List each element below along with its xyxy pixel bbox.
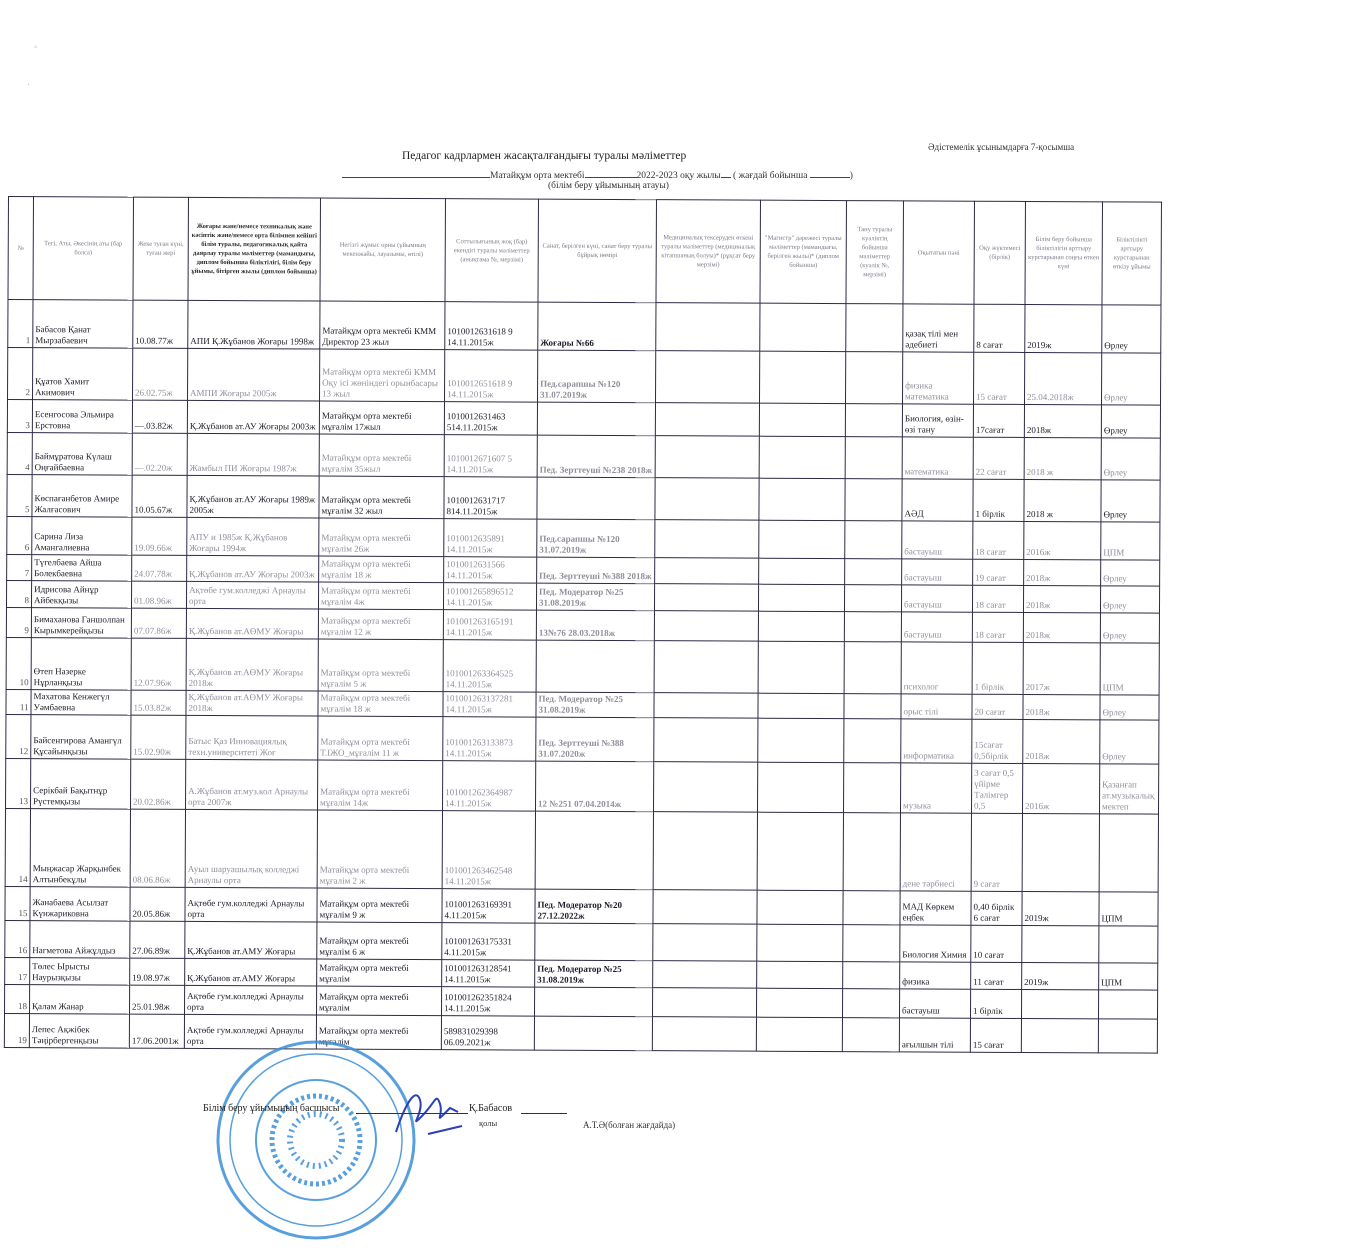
cell-subject: АӘД (902, 479, 973, 521)
cell-record: 1010012651618 9 14.11.2015ж (445, 350, 538, 402)
cell-work: Матайқұм орта мектебі мұғалім 17жыл (319, 401, 444, 435)
blank-line (721, 168, 731, 178)
cell-record: 101001262364987 14.11.2015ж (443, 761, 536, 811)
director-name: Қ.Бабасов (469, 1103, 512, 1114)
cell-load: 8 сағат (974, 304, 1025, 352)
cell-birth: 15.02.90ж (131, 715, 186, 759)
cell-course-org (1098, 1019, 1157, 1053)
cell-medical (652, 988, 756, 1018)
cell-work: Матайқұм орта мектебі Т.ІЖО_мұғалім 11 ж (318, 716, 443, 761)
cell-subject: психолог (901, 642, 972, 694)
cell-name: Бимаханова Ганшолпан Кырымкерейқызы (31, 608, 131, 638)
cell-subject: музыка (900, 763, 971, 813)
cell-n: 15 (5, 886, 30, 920)
cell-n: 4 (7, 432, 32, 474)
cell-n: 13 (6, 758, 31, 808)
column-header: № (8, 197, 34, 300)
cell-category (537, 477, 655, 520)
cell-edu: А.Жұбанов ат.муз.кол Арнаулы орта 2007ж (186, 759, 318, 810)
cell-work: Матайқұм орта мектебі КММ Директор 23 жы… (320, 301, 445, 350)
cell-subject: бастауыш (901, 585, 972, 612)
cell-subject: ағылшын тілі (899, 1018, 970, 1052)
column-header: Тану туралы куәліктің бойынша мәліметтер… (846, 201, 904, 304)
cell-medical (655, 478, 759, 521)
cell-master (760, 303, 846, 351)
cell-recog (845, 404, 902, 437)
cell-category: Пед. Модератор №20 27.12.2022ж (535, 889, 653, 924)
cell-course-org: Өрлеу (1100, 695, 1159, 720)
cell-edu: АМПИ Жоғары 2005ж (188, 348, 320, 401)
cell-medical (655, 403, 759, 437)
case-text: ( жағдай бойынша (733, 171, 807, 181)
cell-medical (653, 812, 757, 891)
column-header: Оқу жүктемесі (бірлік) (974, 201, 1026, 304)
cell-medical (652, 1017, 756, 1052)
cell-medical (655, 436, 759, 479)
column-header: Оқытатын пәні (903, 201, 975, 304)
cell-work: Матайқұм орта мектебі мұғалім 2 ж (317, 810, 442, 889)
cell-course-date: 2018ж (1023, 719, 1100, 763)
cell-edu: АПИ Қ.Жұбанов Жоғары 1998ж (188, 300, 320, 349)
cell-birth: 26.02.75ж (133, 348, 188, 400)
cell-n: 16 (5, 920, 30, 957)
cell-course-org: Өрлеу (1101, 438, 1160, 480)
cell-record: 101001263462548 14.11.2015ж (442, 811, 535, 889)
cell-recog (843, 763, 900, 813)
cell-load: 15сағат 0,5бірлік (972, 719, 1023, 763)
cell-subject: қазақ тілі мен әдебиеті (903, 304, 974, 352)
cell-master (757, 812, 843, 890)
page-title: Педагог кадрлармен жасақталғандығы турал… (402, 150, 686, 162)
cell-birth: —.02.20ж (132, 433, 187, 475)
cell-birth: 27.06.89ж (130, 921, 185, 958)
cell-category (534, 987, 652, 1017)
official-stamp-icon (198, 1040, 438, 1250)
cell-n: 14 (5, 808, 30, 886)
cell-work: Матайқұм орта мектебі мұғалім (317, 959, 442, 987)
cell-record: 101001263133873 14.11.2015ж (443, 717, 536, 761)
cell-course-org: Өрлеу (1101, 560, 1160, 586)
cell-course-date: 2018ж (1023, 694, 1100, 719)
cell-birth: 24.07.78ж (132, 555, 187, 581)
cell-course-org (1099, 814, 1158, 892)
cell-name: Нагметова Айжұлдыз (30, 921, 130, 958)
table-row: 4Баймұратова Күлаш Оңғайбаевна—.02.20жЖа… (7, 432, 1160, 480)
column-header: Санат, берілген күні, санат беру туралы … (538, 199, 657, 303)
column-header: Жоғары және/немесе техникалық және кәсіп… (188, 197, 321, 301)
cell-subject: физика математика (902, 352, 973, 404)
cell-record: 101001265896512 14.11.2015ж (443, 583, 536, 610)
cell-birth: 10.08.77ж (133, 300, 188, 348)
cell-load: 18 сағат (972, 612, 1023, 642)
cell-recog (844, 642, 901, 694)
cell-medical (653, 961, 757, 989)
cell-subject: орыс тілі (901, 694, 972, 719)
cell-course-org: ЦПМ (1099, 963, 1158, 990)
cell-name: Байсенгирова Амангүл Құсайынқызы (31, 715, 131, 759)
cell-record: 1010012631618 9 14.11.2015ж (445, 302, 538, 350)
cell-birth: 19.08.97ж (130, 958, 185, 985)
cell-course-date: 2016ж (1024, 521, 1101, 559)
cell-medical (653, 890, 757, 925)
cell-edu: Ақтөбе гум.колледжі Арнаулы орта (185, 985, 317, 1015)
table-body: 1Бабасов Қанат Мырзабаевич10.08.77жАПИ Қ… (4, 300, 1161, 1054)
cell-birth: 19.09.66ж (132, 517, 187, 555)
cell-record: 1010012631463 514.11.2015ж (444, 402, 537, 435)
blank-line (585, 168, 637, 178)
cell-load: 22 сағат (973, 437, 1024, 479)
cell-birth: 25.01.98ж (130, 985, 185, 1014)
cell-master (759, 478, 845, 520)
cell-subject: Биология, өзін-өзі тану (902, 404, 973, 437)
cell-master (758, 641, 844, 693)
cell-load: 17сағат (973, 404, 1024, 437)
blank-line (810, 168, 850, 178)
cell-work: Матайқұм орта мектебі мұғалім 32 жыл (319, 476, 444, 519)
cell-record: 101001263165191 14.11.2015ж (443, 610, 536, 640)
cell-category (535, 923, 653, 961)
cell-recog (845, 437, 902, 479)
cell-n: 2 (8, 348, 33, 400)
cell-name: Махатова Кенжегүл Уәмбаевна (31, 690, 131, 715)
cell-recog (844, 719, 901, 763)
cell-master (756, 988, 842, 1017)
cell-record: 101001263169391 4.11.2015ж (442, 889, 535, 923)
cell-subject: Биология Химия (900, 925, 971, 962)
cell-name: Серікбай Бақытнұр Рүстемқызы (31, 759, 131, 809)
cell-course-org: ЦПМ (1101, 522, 1160, 560)
cell-record: 1010012671607 5 14.11.2015ж (444, 435, 537, 477)
cell-n: 17 (5, 957, 30, 984)
cell-birth: 10.05.67ж (132, 475, 187, 517)
cell-category: Пед. Зерттеуші №238 2018ж (537, 435, 655, 478)
cell-medical (654, 611, 758, 642)
cell-course-date (1021, 989, 1098, 1018)
cell-category: Жоғары №66 (538, 302, 656, 351)
column-header: Жеке туған күні, туған жері (133, 197, 189, 300)
cell-recog (842, 989, 899, 1018)
cell-record: 101001263364525 14.11.2015ж (443, 640, 536, 692)
cell-record: 101001263175331 4.11.2015ж (442, 923, 535, 960)
cell-name: Қалам Жанар (30, 985, 130, 1014)
cell-medical (654, 693, 758, 719)
cell-course-date: 2018 ж (1024, 437, 1101, 479)
cell-n: 6 (7, 516, 32, 554)
cell-work: Матайқұм орта мектебі мұғалім 9 ж (317, 888, 442, 923)
cell-load: 20 сағат (972, 694, 1023, 719)
cell-master (757, 924, 843, 961)
cell-category (534, 1016, 652, 1051)
cell-work: Матайқұм орта мектебі мұғалім 5 ж (318, 639, 443, 692)
cell-master (759, 351, 845, 403)
cell-recog (845, 479, 902, 521)
column-header: Медициналық тексеруден өткені туралы мәл… (656, 200, 761, 304)
cell-name: Түгелбаева Айша Болекбаевна (32, 555, 132, 581)
cell-work: Матайқұм орта мектебі мұғалім 4ж (318, 582, 443, 610)
cell-work: Матайқұм орта мектебі мұғалім (317, 986, 442, 1016)
cell-n: 18 (5, 984, 30, 1013)
cell-name: Мыңжасар Жарқынбек Алтынбекұлы (30, 809, 130, 887)
cell-course-date: 2019ж (1022, 962, 1099, 989)
cell-birth: 08.06.86ж (130, 809, 185, 887)
cell-master (756, 1017, 842, 1051)
cell-course-org: Өрлеу (1102, 305, 1161, 353)
cell-record: 101001263128541 14.11.2015ж (442, 960, 535, 987)
cell-edu: Қ.Жұбанов ат.АМУ Жоғары (185, 921, 317, 959)
cell-n: 3 (7, 400, 32, 433)
cell-master (758, 718, 844, 762)
cell-medical (656, 303, 760, 352)
column-header: Тегі, Аты, Әкесінің аты (бар болса) (33, 197, 134, 300)
cell-master (759, 520, 845, 558)
table-row: 6Сарина Лиза Амангалиевна19.09.66жАПУ и … (7, 516, 1160, 560)
table-row: 1Бабасов Қанат Мырзабаевич10.08.77жАПИ Қ… (8, 300, 1161, 354)
cell-medical (654, 584, 758, 612)
cell-birth: 07.07.86ж (131, 608, 186, 638)
cell-subject: бастауыш (899, 989, 970, 1018)
cell-medical (654, 641, 758, 694)
cell-load: 9 сағат (971, 813, 1022, 891)
cell-subject: математика (902, 437, 973, 479)
cell-n: 11 (6, 689, 31, 714)
cell-record: 1010012635891 14.11.2015ж (444, 519, 537, 557)
cell-work: Матайқұм орта мектебі мұғалім 12 ж (318, 609, 443, 640)
cell-edu: Қ.Жұбанов ат.АУ Жоғары 1989ж 2005ж (187, 475, 319, 518)
cell-course-date (1022, 813, 1099, 891)
table-row: 3Есенгосова Эльмира Ерстовна—.03.82жҚ.Жұ… (7, 400, 1160, 439)
cell-load: 15 сағат (973, 352, 1024, 404)
cell-category: 13№76 28.03.2018ж (536, 610, 654, 641)
cell-medical (655, 351, 759, 404)
column-header: Білім беру бойынша біліктілігін арттыру … (1025, 201, 1103, 304)
org-name-note: (білім беру ұйымының атауы) (548, 181, 669, 191)
cell-category: 12 №251 07.04.2014ж (536, 761, 654, 812)
cell-category: Пед. Модератор №25 31.08.2019ж (535, 960, 653, 988)
cell-name: Лепес Ақжібек Тәңірбергенқызы (29, 1014, 129, 1048)
cell-edu: Батыс Қаз Инновациялық техн.университеті… (186, 715, 318, 760)
cell-birth: —.03.82ж (132, 400, 187, 433)
cell-course-date (1022, 925, 1099, 962)
cell-course-date: 2017ж (1023, 642, 1100, 694)
cell-master (758, 584, 844, 611)
cell-recog (844, 612, 901, 642)
cell-category: Пед.сарапшы №120 31.07.2019ж (537, 350, 655, 403)
cell-course-date: 2018ж (1024, 559, 1101, 585)
cell-master (757, 890, 843, 924)
cell-course-org: ЦПМ (1100, 643, 1159, 695)
cell-load: 1 бірлік (970, 989, 1021, 1018)
cell-work: Матайқұм орта мектебі мұғалім 18 ж (318, 691, 443, 717)
cell-work: Матайқұм орта мектебі КММ Оқу ісі жөнінд… (320, 349, 445, 402)
cell-subject: бастауыш (901, 612, 972, 642)
table-row: 15Жанабаева Асылзат Күнжариковна20.05.86… (5, 886, 1158, 926)
cell-recog (843, 925, 900, 962)
signature-line (356, 1113, 468, 1114)
cell-category: Пед. Зерттеуші №388 2018ж (537, 557, 655, 584)
cell-course-org (1099, 926, 1158, 963)
cell-category: Пед.сарапшы №120 31.07.2019ж (537, 519, 655, 558)
cell-record: 101001263137281 14.11.2015ж (443, 692, 536, 717)
cell-recog (842, 1018, 899, 1052)
school-name: Матайқұм орта мектебі (490, 171, 585, 181)
table-row: 19Лепес Ақжібек Тәңірбергенқызы17.06.200… (4, 1013, 1157, 1053)
cell-name: Көспағанбетов Амире Жалғасович (32, 475, 132, 517)
cell-course-date: 2018ж (1023, 585, 1100, 612)
cell-n: 5 (7, 474, 32, 516)
name-caption: А.Т.Ә(болған жағдайда) (583, 1120, 675, 1130)
column-header: Соттылығының жоқ (бар) екендігі туралы м… (445, 199, 539, 302)
cell-master (758, 693, 844, 718)
cell-load: 18 сағат (973, 521, 1024, 559)
cell-subject: МАД Көркем еңбек (900, 891, 971, 925)
cell-recog (843, 891, 900, 925)
cell-master (758, 611, 844, 641)
cell-load: 10 сағат (971, 925, 1022, 962)
cell-category: Пед. Модератор №25 31.08.2019ж (536, 692, 654, 718)
cell-recog (845, 352, 902, 404)
cell-course-org: Өрлеу (1101, 405, 1160, 438)
cell-work: Матайқұм орта мектебі мұғалім 26ж (319, 518, 444, 557)
cell-name: Құатов Хамит Акимович (33, 348, 133, 400)
cell-medical (654, 718, 758, 763)
cell-record: 101001262351824 14.11.2015ж (441, 987, 534, 1016)
cell-load: 3 сағат 0,5 үйірме Тәлімгер 0,5 (971, 763, 1022, 813)
cell-record: 1010012631566 14.11.2015ж (444, 557, 537, 583)
cell-name: Бабасов Қанат Мырзабаевич (33, 300, 133, 348)
cell-edu: Қ.Жұбанов ат.АӨМУ Жоғары 2018ж (186, 638, 318, 691)
cell-medical (655, 558, 759, 585)
cell-master (759, 558, 845, 584)
cell-category (535, 811, 653, 890)
cell-name: Идрисова Айнұр Айбекқызы (31, 581, 131, 608)
cell-n: 10 (6, 637, 31, 689)
cell-category (537, 402, 655, 436)
cell-course-org: Өрлеу (1101, 480, 1160, 522)
cell-category (536, 640, 654, 693)
cell-course-date (1021, 1018, 1098, 1052)
cell-recog (844, 694, 901, 719)
cell-medical (653, 762, 757, 813)
cell-edu: Қ.Жұбанов ат.АУ Жоғары 2003ж (187, 400, 319, 434)
cell-subject: бастауыш (902, 559, 973, 585)
cell-load: 18 сағат (972, 585, 1023, 612)
cell-master (757, 961, 843, 988)
cell-name: Өтеп Назерке Нұрланқызы (31, 638, 131, 690)
scan-speck: ◦ (34, 42, 38, 53)
cell-record: 589831029398 06.09.2021ж (441, 1016, 534, 1050)
cell-birth: 17.06.2001ж (129, 1014, 184, 1048)
cell-load: 1 бірлік (972, 642, 1023, 694)
cell-n: 9 (6, 607, 31, 637)
cell-course-date: 2016ж (1022, 763, 1099, 813)
cell-name: Баймұратова Күлаш Оңғайбаевна (32, 433, 132, 475)
name-line (521, 1113, 567, 1114)
cell-course-date: 2019ж (1022, 891, 1099, 925)
cell-edu: Қ.Жұбанов ат.АУ Жоғары 2003ж (187, 555, 319, 582)
cell-subject: бастауыш (902, 521, 973, 559)
table-row: 16Нагметова Айжұлдыз27.06.89жҚ.Жұбанов а… (5, 920, 1158, 963)
cell-course-org: Өрлеу (1100, 586, 1159, 613)
cell-edu: АПУ и 1985ж Қ.Жұбанов Жоғары 1994ж (187, 517, 319, 556)
cell-course-org: ЦПМ (1099, 892, 1158, 926)
cell-birth: 12.07.96ж (131, 638, 186, 690)
cell-load: 19 сағат (973, 559, 1024, 585)
cell-edu: Қ.Жұбанов ат.АӨМУ Жоғары (186, 608, 318, 639)
cell-edu: Ауыл шаруашылық колледжі Арнаулы орта (185, 809, 317, 888)
table-row: 5Көспағанбетов Амире Жалғасович10.05.67ж… (7, 474, 1160, 522)
cell-n: 7 (7, 554, 32, 580)
cell-course-date: 2019ж (1025, 304, 1102, 352)
cell-birth: 15.03.82ж (131, 690, 186, 715)
table-row: 14Мыңжасар Жарқынбек Алтынбекұлы08.06.86… (5, 808, 1158, 892)
cell-course-date: 2018ж (1023, 612, 1100, 642)
cell-course-org: Өрлеу (1100, 613, 1159, 643)
cell-birth: 20.05.86ж (130, 887, 185, 921)
cell-name: Төлес Ырысты Наурызқызы (30, 958, 130, 985)
cell-work: Матайқұм орта мектебі мұғалім 14ж (318, 760, 443, 811)
cell-work: Матайқұм орта мектебі мұғалім 18 ж (319, 556, 444, 583)
signature-caption: қолы (479, 1118, 497, 1128)
cell-name: Сарина Лиза Амангалиевна (32, 517, 132, 555)
cell-n: 12 (6, 714, 31, 758)
cell-course-org: Өрлеу (1100, 720, 1159, 764)
cell-birth: 01.08.96ж (131, 581, 186, 608)
director-label: Білім беру ұйымының басшысы (203, 1103, 339, 1114)
cell-subject: дене тәрбиесі (900, 813, 971, 891)
cell-edu: Қ.Жұбанов ат.АӨМУ Жоғары 2018ж (186, 690, 318, 716)
cell-recog (843, 813, 900, 891)
cell-master (759, 403, 845, 436)
cell-master (757, 762, 843, 812)
staff-table: №Тегі, Аты, Әкесінің аты (бар болса)Жеке… (4, 196, 1162, 1054)
cell-subject: информатика (901, 719, 972, 763)
column-header: Біліктілікті арттыру курстарынан өткізу … (1102, 202, 1162, 305)
school-year: 2022-2023 оқу жылы (637, 171, 721, 181)
cell-n: 1 (8, 300, 33, 348)
cell-edu: Жамбыл ПИ Жоғары 1987ж (187, 433, 319, 476)
cell-category: Пед. Модератор №25 31.08.2019ж (536, 583, 654, 611)
close-paren: ) (850, 171, 853, 181)
cell-recog (843, 962, 900, 989)
cell-birth: 20.02.86ж (131, 759, 186, 809)
school-line: Матайқұм орта мектебі2022-2023 оқу жылы … (342, 168, 853, 181)
cell-load: 11 сағат (971, 962, 1022, 989)
cell-master (759, 436, 845, 478)
cell-course-org: Өрлеу (1101, 353, 1160, 405)
cell-n: 19 (4, 1013, 29, 1047)
annex-note: Әдістемелік ұсынымдарға 7-қосымша (928, 142, 1074, 152)
cell-subject: физика (900, 962, 971, 989)
cell-edu: Ақтөбе гум.колледжі Арнаулы орта (185, 887, 317, 922)
cell-work: Матайқұм орта мектебі мұғалім 6 ж (317, 922, 442, 960)
signature-icon (388, 1082, 468, 1142)
cell-course-org: Қазанғап ат.музыкалық мектеп (1099, 764, 1158, 814)
cell-recog (845, 521, 902, 559)
cell-n: 8 (6, 580, 31, 607)
blank-line (342, 168, 490, 178)
table-row: 2Құатов Хамит Акимович26.02.75жАМПИ Жоға… (8, 348, 1161, 406)
cell-name: Жанабаева Асылзат Күнжариковна (30, 887, 130, 921)
table-row: 13Серікбай Бақытнұр Рүстемқызы20.02.86жА… (6, 758, 1159, 814)
cell-course-date: 25.04.2018ж (1024, 352, 1101, 404)
cell-edu: Қ.Жұбанов ат.АМУ Жоғары (185, 958, 317, 986)
column-header: "Магистр" дәрежесі туралы мәліметтер (ма… (760, 200, 847, 303)
cell-recog (845, 559, 902, 585)
cell-course-date: 2018ж (1024, 404, 1101, 437)
cell-category: Пед. Зерттеуші №388 31.07.2020ж (536, 717, 654, 762)
cell-name: Есенгосова Эльмира Ерстовна (32, 400, 132, 433)
cell-load: 0,40 бірлік 6 сағат (971, 891, 1022, 925)
